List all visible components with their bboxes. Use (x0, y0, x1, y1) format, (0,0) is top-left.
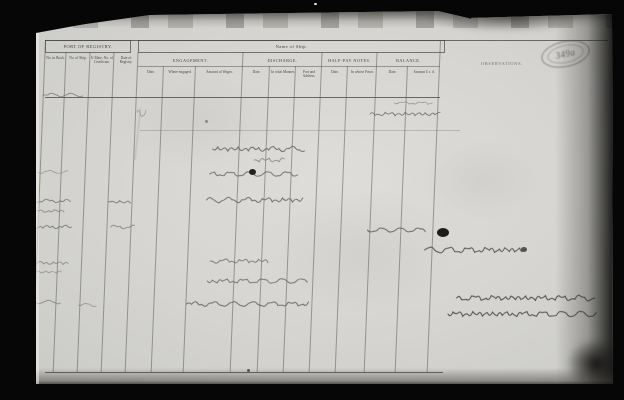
handwritten-entry (77, 297, 100, 313)
handwritten-entry (109, 219, 138, 235)
film-speck (314, 3, 317, 5)
handwritten-entry (369, 106, 444, 122)
handwritten-entry (366, 222, 429, 238)
handwritten-entry (206, 273, 311, 289)
scanned-ledger-page: PORT OF REGISTRY. Name of Ship. OBSERVAT… (0, 0, 624, 400)
film-speck (521, 247, 527, 252)
film-speck (205, 120, 208, 123)
handwritten-entry (36, 164, 71, 180)
handwritten-entry (209, 253, 272, 269)
microfilm-scan-frame: PORT OF REGISTRY. Name of Ship. OBSERVAT… (0, 0, 624, 400)
handwritten-entry (185, 296, 312, 312)
film-speck (249, 169, 256, 175)
handwritten-entry (41, 87, 86, 103)
handwritten-entry (205, 192, 306, 208)
handwritten-entry (29, 294, 64, 310)
page-right-shadow (555, 11, 614, 384)
handwritten-entry (136, 104, 150, 120)
handwritten-entry (107, 194, 134, 210)
page-left-edge (36, 30, 39, 384)
film-speck (437, 228, 449, 237)
handwritten-entry (423, 242, 528, 258)
corner-dark-blob (566, 338, 624, 390)
handwritten-annotations (0, 0, 624, 400)
film-speck (247, 369, 250, 372)
page-bottom-edge-shadow (36, 368, 613, 384)
